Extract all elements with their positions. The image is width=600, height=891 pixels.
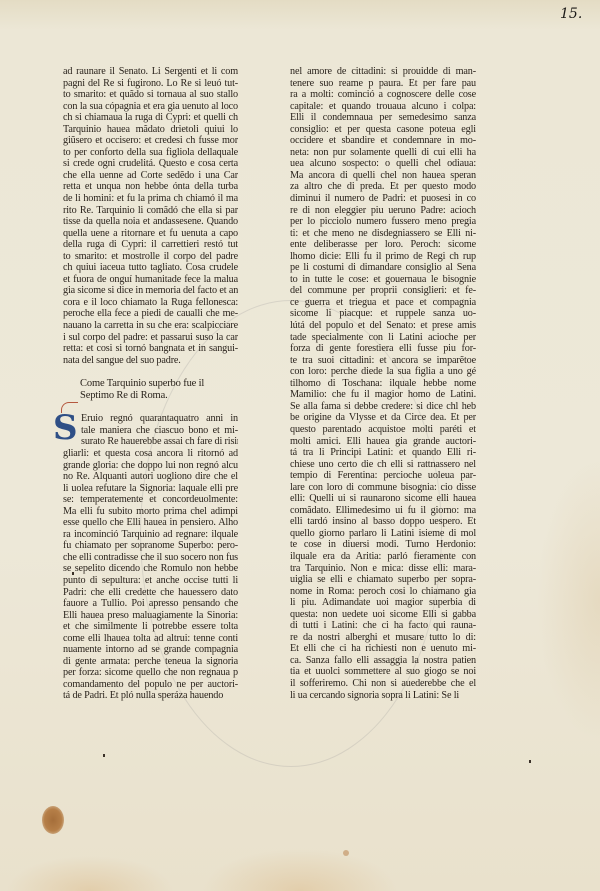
- text-line: ce guerra et triegua et pace et compagni…: [290, 297, 476, 309]
- text-line: il sofferiremo. Chi non si auederebbe ch…: [290, 678, 476, 690]
- text-line: si crede ogni crudelitá. Questo e cosa c…: [63, 158, 238, 170]
- text-line: che elli contradisse che il suo socero n…: [63, 552, 238, 564]
- text-line: Eruio regnó quarantaquatro anni in: [81, 413, 238, 425]
- text-line: retta: et cosi si tornó bangnata et in s…: [63, 343, 238, 355]
- text-line: ra a molti: cominció a cognoscere delle …: [290, 89, 476, 101]
- text-line: diminui il numero de Padri: et puosesi i…: [290, 193, 476, 205]
- text-line: za altro che di preda. Et per questo mod…: [290, 181, 476, 193]
- text-line: punto di sepultura: et anche occise tutt…: [63, 575, 238, 587]
- text-line: uea alcuno sospecto: o quelli chel odiau…: [290, 158, 476, 170]
- text-line: Padri: che elli credette che hauessero d…: [63, 587, 238, 599]
- text-line: nel amore de cittadini: si prouidde di m…: [290, 66, 476, 78]
- text-line: pe li costumi di dimandare consiglio al …: [290, 262, 476, 274]
- text-line: pagni del Re si fugirono. Lo Re si leuó …: [63, 78, 238, 90]
- text-line: te cose in diuersi modi. Turno Herdonio:: [290, 539, 476, 551]
- text-line: tia et uuolci sommettere al suo giogo se…: [290, 666, 476, 678]
- text-line: gliarli: et questa cosa ancora li ritorn…: [63, 448, 238, 460]
- text-line: li uolea refutare la Signoria: laquale e…: [63, 483, 238, 495]
- text-line: tilhomo di Toschana: ilquale hebbe nome: [290, 378, 476, 390]
- text-line: lútá del populo et del Senato: et prese …: [290, 320, 476, 332]
- text-line: Mamilio: che fu il magior homo de Latini…: [290, 389, 476, 401]
- text-line: tra Tarquinio. Non e mica: disse elli: m…: [290, 563, 476, 575]
- illuminated-initial-s: S: [53, 410, 77, 446]
- text-line: uiglia se elli e chiamato superbo per so…: [290, 574, 476, 586]
- text-line: per forza: sicome quello che non regnaua…: [63, 667, 238, 679]
- text-line: ente deliberasse per loro. Peroch: sicom…: [290, 239, 476, 251]
- text-line: molti amici. Elli hauea gia grande aucto…: [290, 436, 476, 448]
- ink-speck: [529, 760, 531, 763]
- text-line: se: temperatemente et concordeuolmente:: [63, 494, 238, 506]
- text-line: tempio di Ferentina: percioche uoleua pa…: [290, 470, 476, 482]
- text-line: i sul corpo del padre: et passarui suso …: [63, 332, 238, 344]
- text-line: li piu. Adimandate uoi magior superbia d…: [290, 597, 476, 609]
- text-line: tá de Padri. Et pló nulla speráza hauend…: [63, 690, 238, 702]
- text-line: elli: Quelli ui si raunarono sicome elli…: [290, 493, 476, 505]
- text-line: cora e il loco chiamato la Ruga fellones…: [63, 297, 238, 309]
- text-line: comãdato. Ellimedesimo ui fu il giorno: …: [290, 505, 476, 517]
- initial-letter: S: [53, 408, 77, 448]
- text-line: comandamento del populo ne per auctori-: [63, 679, 238, 691]
- text-line: capitale: et quando trouaua alcuno i col…: [290, 101, 476, 113]
- text-line: surato Re hauerebbe assai ch fare di ris…: [81, 436, 238, 448]
- text-line: retta et unqua non hebbe ónta della turb…: [63, 181, 238, 193]
- text-line: elli tardó insino al basso doppo uespero…: [290, 516, 476, 528]
- text-line: Et elli che ci ha richiesti non e uenuto…: [290, 643, 476, 655]
- text-line: nuamente intorno ad se grande compagnia: [63, 644, 238, 656]
- red-flourish-ornament: [61, 402, 78, 413]
- text-line: re di non eleggier piu ueruno Padre: aci…: [290, 205, 476, 217]
- text-line: forza di gente forestiera elli fusse piu…: [290, 343, 476, 355]
- text-line: consiglio: et per questa casone poteua e…: [290, 124, 476, 136]
- text-line: nata del sangue del suo padre.: [63, 355, 238, 367]
- chapter-heading: Come Tarquinio superbo fue ilSeptimo Re …: [80, 378, 238, 401]
- left-column-top-paragraph: ad raunare il Senato. Li Sergenti et li …: [63, 66, 238, 366]
- text-line: ad raunare il Senato. Li Sergenti et li …: [63, 66, 238, 78]
- text-line: re da nostri alberghi et musare tutto lo…: [290, 632, 476, 644]
- text-line: Tarquinio hauea mãdato drietoli quiui lo: [63, 124, 238, 136]
- text-line: questa: non uedete uoi sicome Elli si ga…: [290, 609, 476, 621]
- text-line: Septimo Re di Roma.: [80, 390, 238, 402]
- text-line: della ruga di Cypri: il carrettieri rest…: [63, 239, 238, 251]
- text-line: con la sua cópagnia et era gia uenuto al…: [63, 101, 238, 113]
- text-line: tale maniera che ciascuo bono et mi-: [81, 425, 238, 437]
- text-line: se sepelito dicendo che Romulo non hebbe: [63, 563, 238, 575]
- text-line: et fuora de onguí humanitade fece la mal…: [63, 274, 238, 286]
- text-line: occidere et sbandire et condemnare in mo…: [290, 135, 476, 147]
- text-line: Elli il condemnaua per semedesimo sanza: [290, 112, 476, 124]
- text-line: ch quiui iaceua tutto tagliato. Cosa cru…: [63, 262, 238, 274]
- initial-indented-lines: Eruio regnó quarantaquatro anni intale m…: [63, 413, 238, 448]
- right-text-column: nel amore de cittadini: si prouidde di m…: [290, 66, 476, 701]
- text-line: li ua cercando signoria sopra li Latini:…: [290, 690, 476, 702]
- text-line: chiese uno certo die ch elli si rattnass…: [290, 459, 476, 471]
- text-line: to smarito: et quãdo si tornaua al suo s…: [63, 89, 238, 101]
- text-line: di tutti i Latini: che ci ha facto qui r…: [290, 620, 476, 632]
- text-line: che ella uenne ad Corte sedẽdo i una Car: [63, 170, 238, 182]
- text-line: nauano la carretta in su che era: scalpi…: [63, 320, 238, 332]
- text-line: lhomo dicie: Elli fu il primo de Regi ch…: [290, 251, 476, 263]
- text-line: rito Re. Tarquinio li comãdó che ella si…: [63, 205, 238, 217]
- text-line: esse quello che Elli hauea in pensiero. …: [63, 517, 238, 529]
- text-line: quello giorno parlaro li Latini isieme d…: [290, 528, 476, 540]
- text-line: Ma elli fu subito morto prima chel adimp…: [63, 506, 238, 518]
- text-line: to in tutte le cose: et gouernaua le bis…: [290, 274, 476, 286]
- left-text-column: ad raunare il Senato. Li Sergenti et li …: [63, 66, 238, 702]
- text-line: no Re. Alquanti autori uogliono dire che…: [63, 471, 238, 483]
- small-stain: [343, 850, 349, 856]
- text-line: con loro: perche diede la sua figlia a u…: [290, 366, 476, 378]
- text-line: di gente armata: perche teneua la signor…: [63, 656, 238, 668]
- text-line: Elli hauea preso maluagiamente la Sinori…: [63, 610, 238, 622]
- text-line: te tra suoi cittadini: et ancora se impa…: [290, 355, 476, 367]
- left-column-bottom-paragraph: gliarli: et questa cosa ancora li ritorn…: [63, 448, 238, 702]
- text-line: come elli lhauea tolta ad altrui: tenne …: [63, 633, 238, 645]
- text-line: gia sicome si dice in memoria del facto …: [63, 285, 238, 297]
- text-line: Se alla fama si debbe credere: si dice c…: [290, 401, 476, 413]
- text-line: giũsero et occisero: et credesi ch fusse…: [63, 135, 238, 147]
- text-line: tisse da quella noia et andassesene. Qua…: [63, 216, 238, 228]
- text-line: nome in Roma: peroch cosi lo chiamano gi…: [290, 586, 476, 598]
- text-line: neta: non pur solamente quelli di cui el…: [290, 147, 476, 159]
- manuscript-page: 15. ad raunare il Senato. Li Sergenti et…: [0, 0, 600, 891]
- text-line: Come Tarquinio superbo fue il: [80, 378, 238, 390]
- folio-number: 15.: [560, 6, 582, 22]
- text-line: tade specialmente con li Latini acioche …: [290, 332, 476, 344]
- text-line: to per conforto della sua figliola della…: [63, 147, 238, 159]
- text-line: fu chiamato per sopranome Superbo: pero-: [63, 540, 238, 552]
- text-line: ca. Sanza fallo elli assaggia la nostra …: [290, 655, 476, 667]
- illuminated-initial-paragraph: S Eruio regnó quarantaquatro anni intale…: [63, 413, 238, 448]
- text-line: be origine da Vlysse et da Circe dea. Et…: [290, 412, 476, 424]
- text-line: ilquale era da Aritia: parló fieramente …: [290, 551, 476, 563]
- text-line: tá tra li Principi Latini: et quando Ell…: [290, 447, 476, 459]
- text-line: questo parentado acquistoe molti paréti …: [290, 424, 476, 436]
- text-line: ti: et che meno ne disdegniassero se Ell…: [290, 228, 476, 240]
- text-line: Ma ancora di quelli chel non hauea spera…: [290, 170, 476, 182]
- text-line: per lo picciolo numero fussero meno preg…: [290, 216, 476, 228]
- text-line: sicome li piacque: et ruppele sanza uo-: [290, 308, 476, 320]
- text-line: ch si chiamaua la ruga di Cypri: et quel…: [63, 112, 238, 124]
- ink-speck: [103, 754, 105, 757]
- text-line: quella uene a ritornare et fu uenuta a c…: [63, 228, 238, 240]
- text-line: fauore a Tullio. Poi apresso pensando ch…: [63, 598, 238, 610]
- text-line: grande gloria: che doppo lui non regnó a…: [63, 460, 238, 472]
- foxing-stain: [42, 806, 64, 834]
- text-line: del commune per proprii consiglieri: et …: [290, 285, 476, 297]
- text-line: ra incominció Tarquinio ad regnare: ilqu…: [63, 529, 238, 541]
- text-line: tenere suo reame p paura. Et per fare pa…: [290, 78, 476, 90]
- text-line: et che similmente li potrebbe essere tol…: [63, 621, 238, 633]
- text-line: lare con loro di commune bisognia: cio d…: [290, 482, 476, 494]
- text-line: de li homini: et fu la prima ch chiamó i…: [63, 193, 238, 205]
- ink-speck: [72, 572, 74, 575]
- text-line: to smarito: et mostrolle il corpo del pa…: [63, 251, 238, 263]
- text-line: peroche ella fece a piedi de caualli che…: [63, 308, 238, 320]
